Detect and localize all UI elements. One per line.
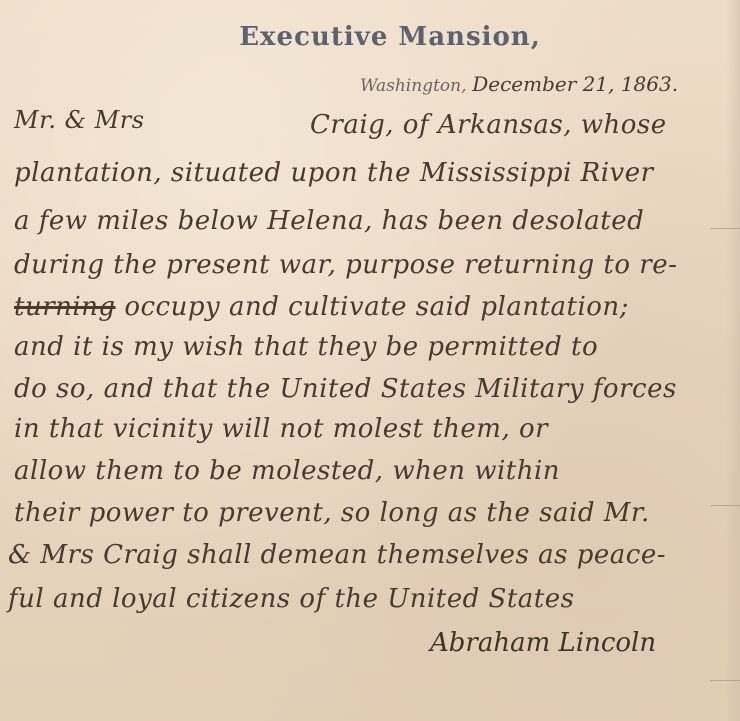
dateline: Washington, December 21, 1863. — [360, 72, 678, 96]
body-line-7: do so, and that the United States Milita… — [14, 374, 677, 404]
page-edge-shading — [726, 0, 740, 721]
body-line-5-text: occupy and cultivate said plantation; — [116, 292, 629, 322]
struck-word: turning — [14, 292, 116, 322]
body-line-10: their power to prevent, so long as the s… — [14, 498, 650, 528]
body-line-11: & Mrs Craig shall demean themselves as p… — [8, 540, 666, 570]
body-line-6: and it is my wish that they be permitted… — [14, 332, 598, 362]
body-line-9: allow them to be molested, when within — [14, 456, 560, 486]
fold-mark — [710, 228, 740, 229]
body-line-2: plantation, situated upon the Mississipp… — [14, 158, 654, 188]
body-line-12: ful and loyal citizens of the United Sta… — [8, 584, 574, 614]
dateline-date: December 21, 1863. — [472, 72, 678, 96]
body-line-5: turning occupy and cultivate said planta… — [14, 292, 629, 322]
salutation: Mr. & Mrs — [14, 106, 145, 134]
body-line-1: Craig, of Arkansas, whose — [310, 110, 667, 140]
letterhead: Executive Mansion, — [0, 22, 740, 52]
fold-mark — [710, 505, 740, 506]
body-line-8: in that vicinity will not molest them, o… — [14, 414, 548, 444]
body-line-3: a few miles below Helena, has been desol… — [14, 206, 644, 236]
letter-page: Executive Mansion, Washington, December … — [0, 0, 740, 721]
dateline-place: Washington, — [360, 76, 467, 96]
body-line-4: during the present war, purpose returnin… — [14, 250, 677, 280]
fold-mark — [710, 680, 740, 681]
signature: Abraham Lincoln — [430, 628, 656, 658]
